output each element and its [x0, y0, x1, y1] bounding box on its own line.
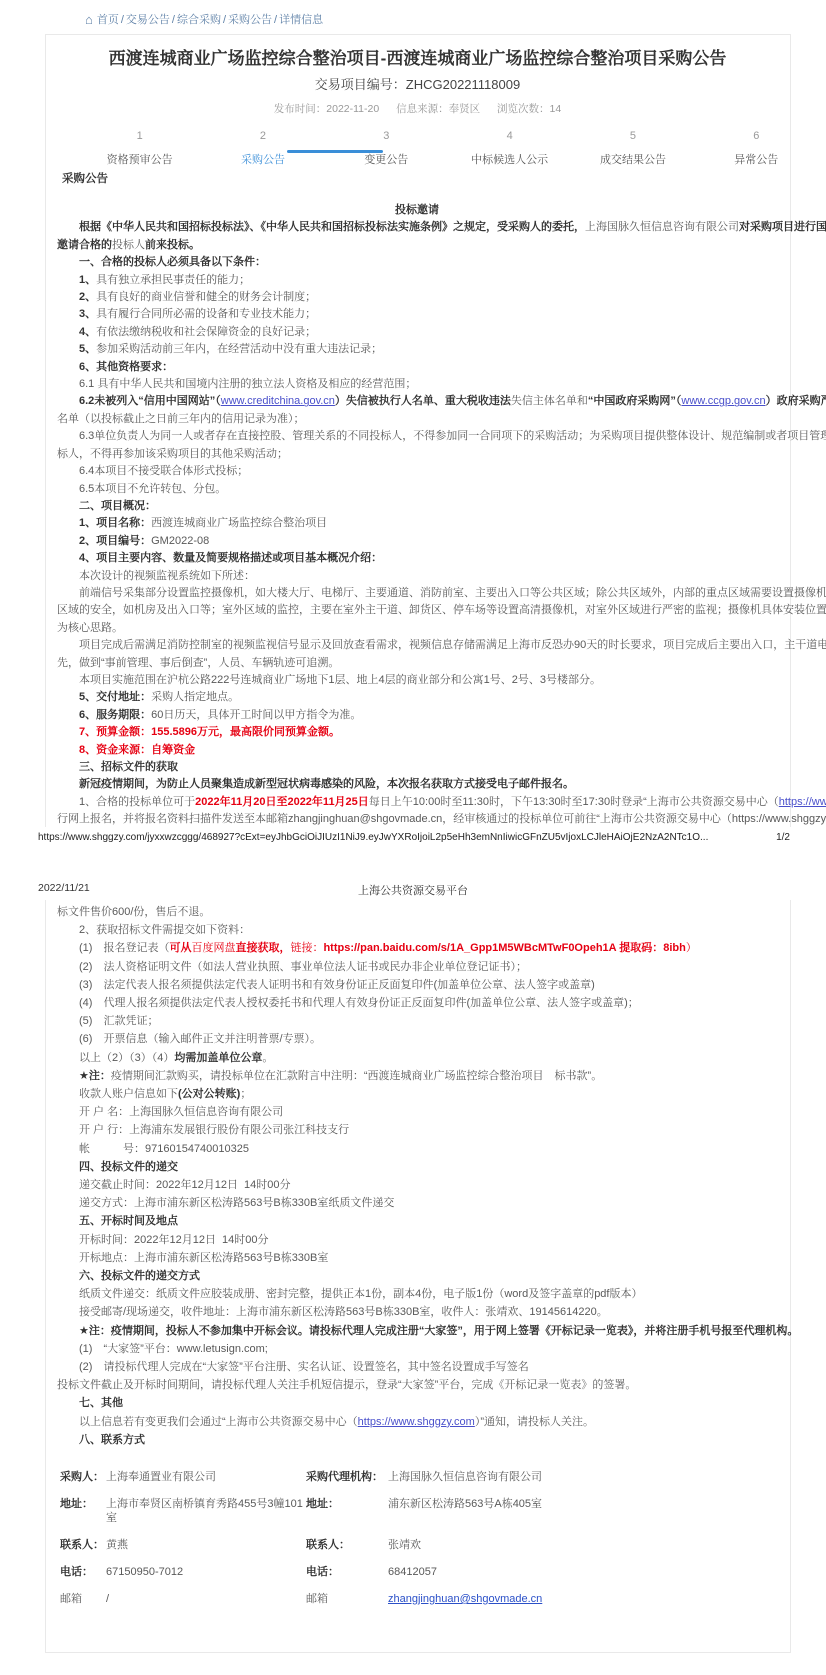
- text-line: 3、具有履行合同所必需的设备和专业技术能力；: [57, 306, 826, 323]
- text-segment: 直接获取，: [235, 942, 290, 954]
- contact-label: 联系人：: [306, 1538, 388, 1552]
- breadcrumb: ⌂首页/交易公告/综合采购/采购公告/详情信息: [85, 11, 323, 27]
- stepper-step: 3变更公告: [325, 130, 448, 167]
- text-segment: 2、项目编号：: [57, 535, 151, 547]
- text-segment: 疫情期间汇款购买，请投标单位在汇款附言中注明：“西渡连城商业广场监控综合整治项目…: [111, 1070, 602, 1082]
- project-code: 交易项目编号：ZHCG20221118009: [45, 74, 790, 93]
- text-segment: 收款人账户信息如下: [57, 1088, 178, 1100]
- text-segment: 有依法缴纳税收和社会保障资金的良好记录；: [96, 326, 316, 338]
- text-segment: 项目完成后需满足消防控制室的视频监视信号显示及回放查看需求，视频信息存储需满足上…: [57, 639, 826, 651]
- text-segment: 3、: [57, 308, 96, 320]
- text-segment: https://pan.baidu.com/s/1A_Gpp1M5WBcMTwF…: [323, 942, 685, 954]
- text-line: 本项目实施范围在沪杭公路222号连城商业广场地下1层、地上4层的商业部分和公寓1…: [57, 672, 826, 689]
- step-label[interactable]: 资格预审公告: [78, 151, 201, 167]
- step-number: 2: [201, 130, 324, 142]
- text-line: 4、有依法缴纳税收和社会保障资金的良好记录；: [57, 324, 826, 341]
- section-label: 采购公告: [62, 170, 108, 186]
- contact-row: 采购人：上海奉通置业有限公司采购代理机构：上海国脉久恒信息咨询有限公司: [60, 1470, 760, 1484]
- breadcrumb-item[interactable]: 详情信息: [279, 14, 323, 26]
- text-segment: 投标文件截止及开标时间期间，请投标代理人关注手机短信提示，登录“大家签”平台，完…: [57, 1379, 636, 1391]
- text-segment: 2022年11月20日至2022年11月25日: [195, 796, 369, 808]
- text-line: 6.3单位负责人为同一人或者存在直接控股、管理关系的不同投标人，不得参加同一合同…: [57, 428, 826, 445]
- text-line: 项目完成后需满足消防控制室的视频监视信号显示及回放查看需求，视频信息存储需满足上…: [57, 637, 826, 654]
- text-line: 1、项目名称：西渡连城商业广场监控综合整治项目: [57, 515, 826, 532]
- text-segment: 6、其他资格要求：: [57, 361, 173, 373]
- publish-time: 发布时间：2022-11-20: [274, 103, 379, 115]
- contact-label: 采购人：: [60, 1470, 106, 1484]
- contact-value: 上海市奉贤区南桥镇育秀路455号3幢101室: [106, 1497, 306, 1525]
- text-line: 前端信号采集部分设置监控摄像机，如大楼大厅、电梯厅、主要通道、消防前室、主要出入…: [57, 585, 826, 602]
- text-segment: 七、其他: [57, 1397, 123, 1409]
- text-segment: 2、获取招标文件需提交如下资料：: [57, 924, 250, 936]
- stepper-progress-line: [287, 150, 383, 153]
- text-line: 本次设计的视频监视系统如下所述：: [57, 568, 826, 585]
- text-line: ★注：疫情期间汇款购买，请投标单位在汇款附言中注明：“西渡连城商业广场监控综合整…: [57, 1067, 826, 1085]
- text-line: 行网上报名，并将报名资料扫描件发送至本邮箱zhangjinghuan@shgov…: [57, 811, 826, 828]
- text-segment: 4、项目主要内容、数量及简要规格描述或项目基本概况介绍：: [57, 552, 382, 564]
- text-line: 5、参加采购活动前三年内，在经营活动中没有重大违法记录；: [57, 341, 826, 358]
- text-segment: 三、招标文件的获取: [57, 761, 178, 773]
- text-segment: 失信主体名单和: [511, 395, 588, 407]
- contact-label: 电话：: [306, 1565, 388, 1579]
- text-line: 以上（2）（3）（4）均需加盖单位公章。: [57, 1049, 826, 1067]
- breadcrumb-item[interactable]: 综合采购: [177, 14, 221, 26]
- text-segment: ）”通知，请投标人关注。: [475, 1416, 594, 1428]
- text-line: 6、其他资格要求：: [57, 359, 826, 376]
- breadcrumb-items: 首页/交易公告/综合采购/采购公告/详情信息: [97, 14, 323, 26]
- contact-value: 68412057: [388, 1565, 760, 1579]
- text-segment: 前来投标。: [145, 239, 200, 251]
- text-segment: 本次设计的视频监视系统如下所述：: [57, 570, 255, 582]
- text-segment: 纸质文件递交：纸质文件应胶装成册、密封完整，提供正本1份，副本4份，电子版1份（…: [57, 1288, 642, 1300]
- text-line: 名单（以投标截止之日前三年内的信用记录为准）；: [57, 411, 826, 428]
- contact-row: 电话：67150950-7012电话：68412057: [60, 1565, 760, 1579]
- step-label[interactable]: 采购公告: [201, 151, 324, 167]
- text-line: 投标文件截止及开标时间期间，请投标代理人关注手机短信提示，登录“大家签”平台，完…: [57, 1376, 826, 1394]
- text-segment: 区域的安全，如机房及出入口等；室外区域的监控，主要在室外主干道、卸货区、停车场等…: [57, 604, 826, 616]
- text-segment: 名单（以投标截止之日前三年内的信用记录为准）；: [57, 413, 305, 425]
- print-header-title: 上海公共资源交易平台: [0, 882, 826, 898]
- breadcrumb-separator: /: [121, 14, 124, 26]
- text-line: 三、招标文件的获取: [57, 759, 826, 776]
- text-segment: 1、: [57, 274, 96, 286]
- contact-row: 联系人：黄燕联系人：张靖欢: [60, 1538, 760, 1552]
- text-segment: 四、投标文件的递交: [57, 1161, 178, 1173]
- text-segment: 新冠疫情期间，为防止人员聚集造成新型冠状病毒感染的风险，本次报名获取方式接受电子…: [57, 778, 574, 790]
- text-line: 5、交付地址：采购人指定地点。: [57, 689, 826, 706]
- info-source: 信息来源：奉贤区: [396, 103, 480, 115]
- text-segment: 每日上午10:00时至11:30时，下午13:30时至17:30时登录“上海市公…: [369, 796, 779, 808]
- breadcrumb-separator: /: [172, 14, 175, 26]
- text-line: 开 户 行：上海浦东发展银行股份有限公司张江科技支行: [57, 1121, 826, 1139]
- text-line: 先，做到“事前管理、事后倒查”，人员、车辆轨迹可追溯。: [57, 655, 826, 672]
- text-line: 为核心思路。: [57, 620, 826, 637]
- text-line: 二、项目概况：: [57, 498, 826, 515]
- text-line: 递交方式：上海市浦东新区松涛路563号B栋330B室纸质文件递交: [57, 1194, 826, 1212]
- contact-info-table: 采购人：上海奉通置业有限公司采购代理机构：上海国脉久恒信息咨询有限公司地址：上海…: [60, 1470, 760, 1619]
- text-segment: (2) 请投标代理人完成在“大家签”平台注册、实名认证、设置签名，其中签名设置成…: [57, 1361, 529, 1373]
- text-segment: 投标人: [112, 239, 145, 251]
- stepper-step: 4中标候选人公示: [448, 130, 571, 167]
- text-segment: 6.1 具有中华人民共和国境内注册的独立法人资格及相应的经营范围；: [57, 378, 416, 390]
- email-link[interactable]: zhangjinghuan@shgovmade.cn: [388, 1593, 542, 1605]
- text-line: 4、项目主要内容、数量及简要规格描述或项目基本概况介绍：: [57, 550, 826, 567]
- text-segment: 以上（2）（3）（4）: [57, 1052, 174, 1064]
- text-segment: 以上信息若有变更我们会通过“上海市公共资源交易中心（: [57, 1416, 358, 1428]
- project-code-label: 交易项目编号：: [315, 77, 406, 92]
- inline-link[interactable]: www.ccgp.gov.cn: [681, 395, 765, 407]
- text-line: 接受邮寄/现场递交，收件地址：上海市浦东新区松涛路563号B栋330B室，收件人…: [57, 1303, 826, 1321]
- step-number: 5: [571, 130, 694, 142]
- text-segment: 6、服务期限：: [57, 709, 151, 721]
- text-segment: 根据《中华人民共和国招标投标法》、《中华人民共和国招标投标法实施条例》之规定，受…: [57, 221, 585, 233]
- text-line: ★注：疫情期间，投标人不参加集中开标会议。请投标代理人完成注册“大家签”，用于网…: [57, 1322, 826, 1340]
- text-line: 一、合格的投标人必须具备以下条件：: [57, 254, 826, 271]
- text-segment: 1、合格的投标单位可于: [57, 796, 195, 808]
- text-segment: 具有良好的商业信誉和健全的财务会计制度；: [96, 291, 316, 303]
- text-line: 新冠疫情期间，为防止人员聚集造成新型冠状病毒感染的风险，本次报名获取方式接受电子…: [57, 776, 826, 793]
- text-segment: 5、交付地址：: [57, 691, 151, 703]
- text-line: 收款人账户信息如下(公对公转账)；: [57, 1085, 826, 1103]
- procurement-announcement-page: { "breadcrumb": {"items": ["首页", "交易公告",…: [0, 0, 826, 1675]
- text-segment: (6) 开票信息（输入邮件正文并注明普票/专票）。: [57, 1033, 321, 1045]
- breadcrumb-item[interactable]: 首页: [97, 14, 119, 26]
- text-segment: 参加采购活动前三年内，在经营活动中没有重大违法记录；: [96, 343, 382, 355]
- text-line: 6.2未被列入“信用中国网站”（www.creditchina.gov.cn）失…: [57, 393, 826, 410]
- stepper-step: 5成交结果公告: [571, 130, 694, 167]
- text-line: 6.5本项目不允许转包、分包。: [57, 481, 826, 498]
- text-segment: 链接：: [290, 942, 323, 954]
- text-line: 帐 号：97160154740010325: [57, 1140, 826, 1158]
- view-count: 浏览次数：14: [497, 103, 561, 115]
- text-segment: (公对公转账): [178, 1088, 240, 1100]
- text-segment: 开 户 行：上海浦东发展银行股份有限公司张江科技支行: [57, 1124, 349, 1136]
- contact-label: 电话：: [60, 1565, 106, 1579]
- text-line: 八、联系方式: [57, 1431, 826, 1449]
- text-segment: 采购人指定地点。: [151, 691, 239, 703]
- contact-value: 黄燕: [106, 1538, 306, 1552]
- text-line: 根据《中华人民共和国招标投标法》、《中华人民共和国招标投标法实施条例》之规定，受…: [57, 219, 826, 236]
- text-segment: ；: [240, 1088, 251, 1100]
- text-segment: 西渡连城商业广场监控综合整治项目: [151, 517, 327, 529]
- contact-value: 上海奉通置业有限公司: [106, 1470, 306, 1484]
- contact-value: 张靖欢: [388, 1538, 760, 1552]
- text-segment: (1) 报名登记表（: [57, 942, 169, 954]
- text-segment: (1) “大家签”平台：www.letusign.com;: [57, 1343, 268, 1355]
- text-line: 开标地点：上海市浦东新区松涛路563号B栋330B室: [57, 1249, 826, 1267]
- text-segment: 5、: [57, 343, 96, 355]
- text-segment: 本项目实施范围在沪杭公路222号连城商业广场地下1层、地上4层的商业部分和公寓1…: [57, 674, 601, 686]
- page-title: 西渡连城商业广场监控综合整治项目-西渡连城商业广场监控综合整治项目采购公告: [45, 44, 790, 69]
- text-line: 2、项目编号：GM2022-08: [57, 533, 826, 550]
- stepper-step: 1资格预审公告: [78, 130, 201, 167]
- text-line: 邀请合格的投标人前来投标。: [57, 237, 826, 254]
- text-line: (1) 报名登记表（可从百度网盘直接获取，链接：https://pan.baid…: [57, 939, 826, 957]
- breadcrumb-separator: /: [274, 14, 277, 26]
- text-segment: 4、: [57, 326, 96, 338]
- text-segment: 为核心思路。: [57, 622, 123, 634]
- step-label[interactable]: 中标候选人公示: [448, 151, 571, 167]
- text-segment: ）政府采购严重违法: [766, 395, 826, 407]
- text-segment: ★注：疫情期间，投标人不参加集中开标会议。请投标代理人完成注册“大家签”，用于网…: [57, 1325, 798, 1337]
- contact-label: 地址：: [60, 1497, 106, 1525]
- text-segment: 前端信号采集部分设置监控摄像机，如大楼大厅、电梯厅、主要通道、消防前室、主要出入…: [57, 587, 826, 599]
- print-footer-page-number: 1/2: [776, 832, 790, 843]
- text-segment: 。: [262, 1052, 273, 1064]
- contact-value: 上海国脉久恒信息咨询有限公司: [388, 1470, 760, 1484]
- project-code-value: ZHCG20221118009: [406, 77, 520, 92]
- text-segment: (3) 法定代表人报名须提供法定代表人证明书和有效身份证正反面复印件(加盖单位公…: [57, 979, 595, 991]
- text-line: (2) 法人资格证明文件（如法人营业执照、事业单位法人证书或民办非企业单位登记证…: [57, 958, 826, 976]
- stepper-step: 6异常公告: [695, 130, 818, 167]
- text-segment: 6.3单位负责人为同一人或者存在直接控股、管理关系的不同投标人，不得参加同一合同…: [57, 430, 826, 442]
- text-line: 五、开标时间及地点: [57, 1212, 826, 1230]
- text-segment: 递交截止时间：2022年12月12日 14时00分: [57, 1179, 291, 1191]
- text-segment: 先，做到“事前管理、事后倒查”，人员、车辆轨迹可追溯。: [57, 657, 339, 669]
- step-number: 6: [695, 130, 818, 142]
- print-footer: https://www.shggzy.com/jyxxwzcggg/468927…: [38, 832, 790, 843]
- text-line: 标人，不得再参加该采购项目的其他采购活动；: [57, 446, 826, 463]
- print-footer-url: https://www.shggzy.com/jyxxwzcggg/468927…: [38, 832, 708, 843]
- text-segment: 标人，不得再参加该采购项目的其他采购活动；: [57, 448, 288, 460]
- breadcrumb-item[interactable]: 采购公告: [228, 14, 272, 26]
- stepper: 1资格预审公告2采购公告3变更公告4中标候选人公示5成交结果公告6异常公告: [78, 130, 818, 167]
- text-line: 区域的安全，如机房及出入口等；室外区域的监控，主要在室外主干道、卸货区、停车场等…: [57, 602, 826, 619]
- step-number: 4: [448, 130, 571, 142]
- text-segment: (5) 汇款凭证；: [57, 1015, 158, 1027]
- breadcrumb-item[interactable]: 交易公告: [126, 14, 170, 26]
- inline-link[interactable]: https://www.shg: [779, 796, 826, 808]
- text-segment: 五、开标时间及地点: [57, 1215, 178, 1227]
- inline-link[interactable]: https://www.shggzy.com: [358, 1416, 475, 1428]
- text-segment: 具有履行合同所必需的设备和专业技术能力；: [96, 308, 316, 320]
- text-line: 递交截止时间：2022年12月12日 14时00分: [57, 1176, 826, 1194]
- inline-link[interactable]: www.creditchina.gov.cn: [221, 395, 335, 407]
- text-line: 标文件售价600/份，售后不退。: [57, 903, 826, 921]
- contact-value: 浦东新区松涛路563号A栋405室: [388, 1497, 760, 1525]
- text-line: 2、获取招标文件需提交如下资料：: [57, 921, 826, 939]
- contact-value: 67150950-7012: [106, 1565, 306, 1579]
- text-segment: 6.5本项目不允许转包、分包。: [57, 483, 226, 495]
- text-line: 以上信息若有变更我们会通过“上海市公共资源交易中心（https://www.sh…: [57, 1413, 826, 1431]
- text-segment: 递交方式：上海市浦东新区松涛路563号B栋330B室纸质文件递交: [57, 1197, 394, 1209]
- contact-label: 邮箱: [306, 1592, 388, 1606]
- text-line: 7、预算金额：155.5896万元，最高限价同预算金额。: [57, 724, 826, 741]
- contact-row: 邮箱/邮箱zhangjinghuan@shgovmade.cn: [60, 1592, 760, 1606]
- text-line: 1、合格的投标单位可于2022年11月20日至2022年11月25日每日上午10…: [57, 794, 826, 811]
- text-segment: GM2022-08: [151, 535, 209, 547]
- text-segment: “中国政府采购网”（: [588, 395, 682, 407]
- contact-value: /: [106, 1592, 306, 1606]
- page2-content: 标文件售价600/份，售后不退。 2、获取招标文件需提交如下资料： (1) 报名…: [57, 903, 826, 1449]
- text-segment: ）: [686, 942, 697, 954]
- text-segment: 百度网盘: [191, 942, 235, 954]
- text-line: 6.4本项目不接受联合体形式投标；: [57, 463, 826, 480]
- contact-value: zhangjinghuan@shgovmade.cn: [388, 1592, 760, 1606]
- step-label[interactable]: 异常公告: [695, 151, 818, 167]
- text-segment: 8、资金来源：自筹资金: [57, 744, 195, 756]
- text-segment: 帐 号：97160154740010325: [57, 1143, 249, 1155]
- text-line: (6) 开票信息（输入邮件正文并注明普票/专票）。: [57, 1030, 826, 1048]
- text-segment: 投标邀请: [395, 204, 439, 216]
- step-label[interactable]: 变更公告: [325, 151, 448, 167]
- home-icon[interactable]: ⌂: [85, 12, 93, 27]
- text-segment: 一、合格的投标人必须具备以下条件：: [57, 256, 266, 268]
- meta-line: 发布时间：2022-11-20 信息来源：奉贤区 浏览次数：14: [45, 101, 790, 116]
- text-line: 纸质文件递交：纸质文件应胶装成册、密封完整，提供正本1份，副本4份，电子版1份（…: [57, 1285, 826, 1303]
- text-segment: 开 户 名：上海国脉久恒信息咨询有限公司: [57, 1106, 283, 1118]
- text-line: (3) 法定代表人报名须提供法定代表人证明书和有效身份证正反面复印件(加盖单位公…: [57, 976, 826, 994]
- text-segment: 对采购项目进行国内公开招: [739, 221, 826, 233]
- text-segment: 邀请合格的: [57, 239, 112, 251]
- text-segment: 可从: [169, 942, 191, 954]
- step-label[interactable]: 成交结果公告: [571, 151, 694, 167]
- text-segment: 6.4本项目不接受联合体形式投标；: [57, 465, 248, 477]
- contact-label: 地址：: [306, 1497, 388, 1525]
- text-segment: 六、投标文件的递交方式: [57, 1270, 200, 1282]
- text-segment: 7、预算金额：155.5896万元，最高限价同预算金额。: [57, 726, 340, 738]
- stepper-step: 2采购公告: [201, 130, 324, 167]
- step-number: 3: [325, 130, 448, 142]
- text-line: (4) 代理人报名须提供法定代表人授权委托书和代理人有效身份证正反面复印件(加盖…: [57, 994, 826, 1012]
- step-number: 1: [78, 130, 201, 142]
- contact-row: 地址：上海市奉贤区南桥镇育秀路455号3幢101室地址：浦东新区松涛路563号A…: [60, 1497, 760, 1525]
- text-line: 开 户 名：上海国脉久恒信息咨询有限公司: [57, 1103, 826, 1121]
- contact-label: 联系人：: [60, 1538, 106, 1552]
- text-line: 2、具有良好的商业信誉和健全的财务会计制度；: [57, 289, 826, 306]
- text-line: (1) “大家签”平台：www.letusign.com;: [57, 1340, 826, 1358]
- text-segment: 1、项目名称：: [57, 517, 151, 529]
- text-segment: 具有独立承担民事责任的能力；: [96, 274, 250, 286]
- text-segment: 二、项目概况：: [57, 500, 156, 512]
- text-segment: (4) 代理人报名须提供法定代表人授权委托书和代理人有效身份证正反面复印件(加盖…: [57, 997, 639, 1009]
- contact-label: 采购代理机构：: [306, 1470, 388, 1484]
- text-line: 8、资金来源：自筹资金: [57, 742, 826, 759]
- text-line: 开标时间：2022年12月12日 14时00分: [57, 1231, 826, 1249]
- text-segment: (2) 法人资格证明文件（如法人营业执照、事业单位法人证书或民办非企业单位登记证…: [57, 961, 527, 973]
- text-segment: 2、: [57, 291, 96, 303]
- text-line: 1、具有独立承担民事责任的能力；: [57, 272, 826, 289]
- text-line: (2) 请投标代理人完成在“大家签”平台注册、实名认证、设置签名，其中签名设置成…: [57, 1358, 826, 1376]
- text-segment: 60日历天，具体开工时间以甲方指令为准。: [151, 709, 361, 721]
- text-line: 四、投标文件的递交: [57, 1158, 826, 1176]
- text-segment: ）失信被执行人名单、重大税收违法: [335, 395, 511, 407]
- text-segment: 标文件售价600/份，售后不退。: [57, 906, 210, 918]
- text-line: 6、服务期限：60日历天，具体开工时间以甲方指令为准。: [57, 707, 826, 724]
- contact-label: 邮箱: [60, 1592, 106, 1606]
- text-line: (5) 汇款凭证；: [57, 1012, 826, 1030]
- text-line: 六、投标文件的递交方式: [57, 1267, 826, 1285]
- text-segment: 行网上报名，并将报名资料扫描件发送至本邮箱zhangjinghuan@shgov…: [57, 813, 826, 825]
- text-segment: 6.2未被列入“信用中国网站”（: [57, 395, 221, 407]
- breadcrumb-separator: /: [223, 14, 226, 26]
- text-line: 七、其他: [57, 1394, 826, 1412]
- text-segment: 八、联系方式: [57, 1434, 145, 1446]
- text-segment: 接受邮寄/现场递交，收件地址：上海市浦东新区松涛路563号B栋330B室，收件人…: [57, 1306, 608, 1318]
- text-segment: 均需加盖单位公章: [174, 1052, 262, 1064]
- text-segment: 开标时间：2022年12月12日 14时00分: [57, 1234, 269, 1246]
- text-segment: ★注：: [57, 1070, 111, 1082]
- text-line: 投标邀请: [57, 202, 777, 219]
- text-segment: 开标地点：上海市浦东新区松涛路563号B栋330B室: [57, 1252, 328, 1264]
- text-segment: 上海国脉久恒信息咨询有限公司: [585, 221, 739, 233]
- page1-content: 投标邀请 根据《中华人民共和国招标投标法》、《中华人民共和国招标投标法实施条例》…: [57, 202, 826, 829]
- text-line: 6.1 具有中华人民共和国境内注册的独立法人资格及相应的经营范围；: [57, 376, 826, 393]
